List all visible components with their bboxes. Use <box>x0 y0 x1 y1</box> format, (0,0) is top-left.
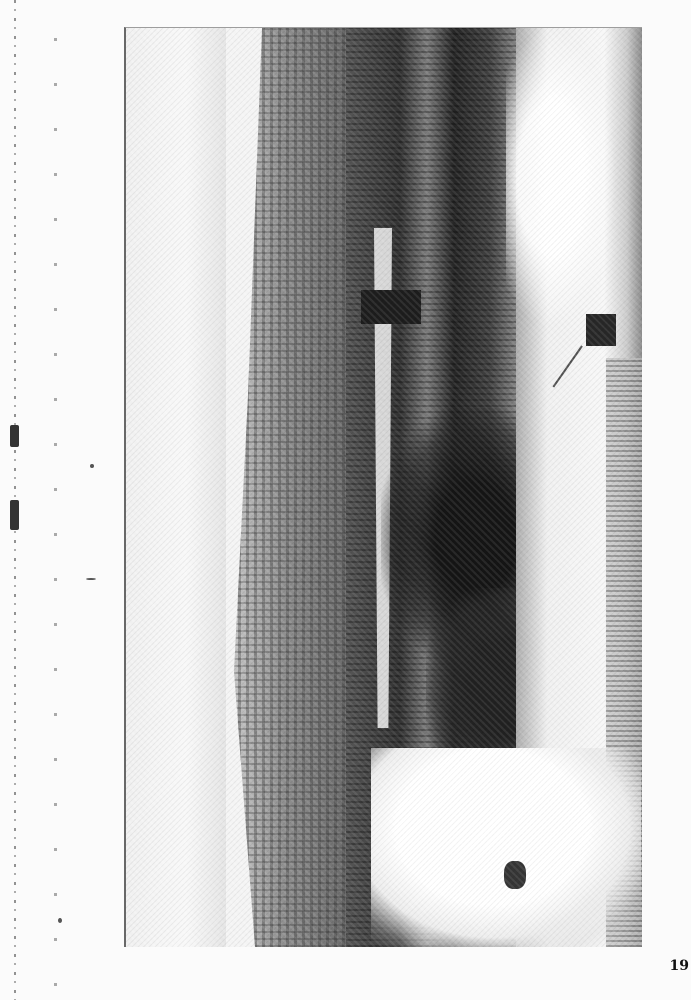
binding-mark <box>10 500 19 530</box>
photo-grain <box>126 28 642 947</box>
speck <box>90 464 94 468</box>
binding-mark <box>10 425 19 447</box>
speck <box>58 918 62 923</box>
speck <box>86 578 96 580</box>
halftone-photo <box>124 27 642 947</box>
page-number: 19 <box>670 958 689 974</box>
dot-column <box>54 0 57 1000</box>
